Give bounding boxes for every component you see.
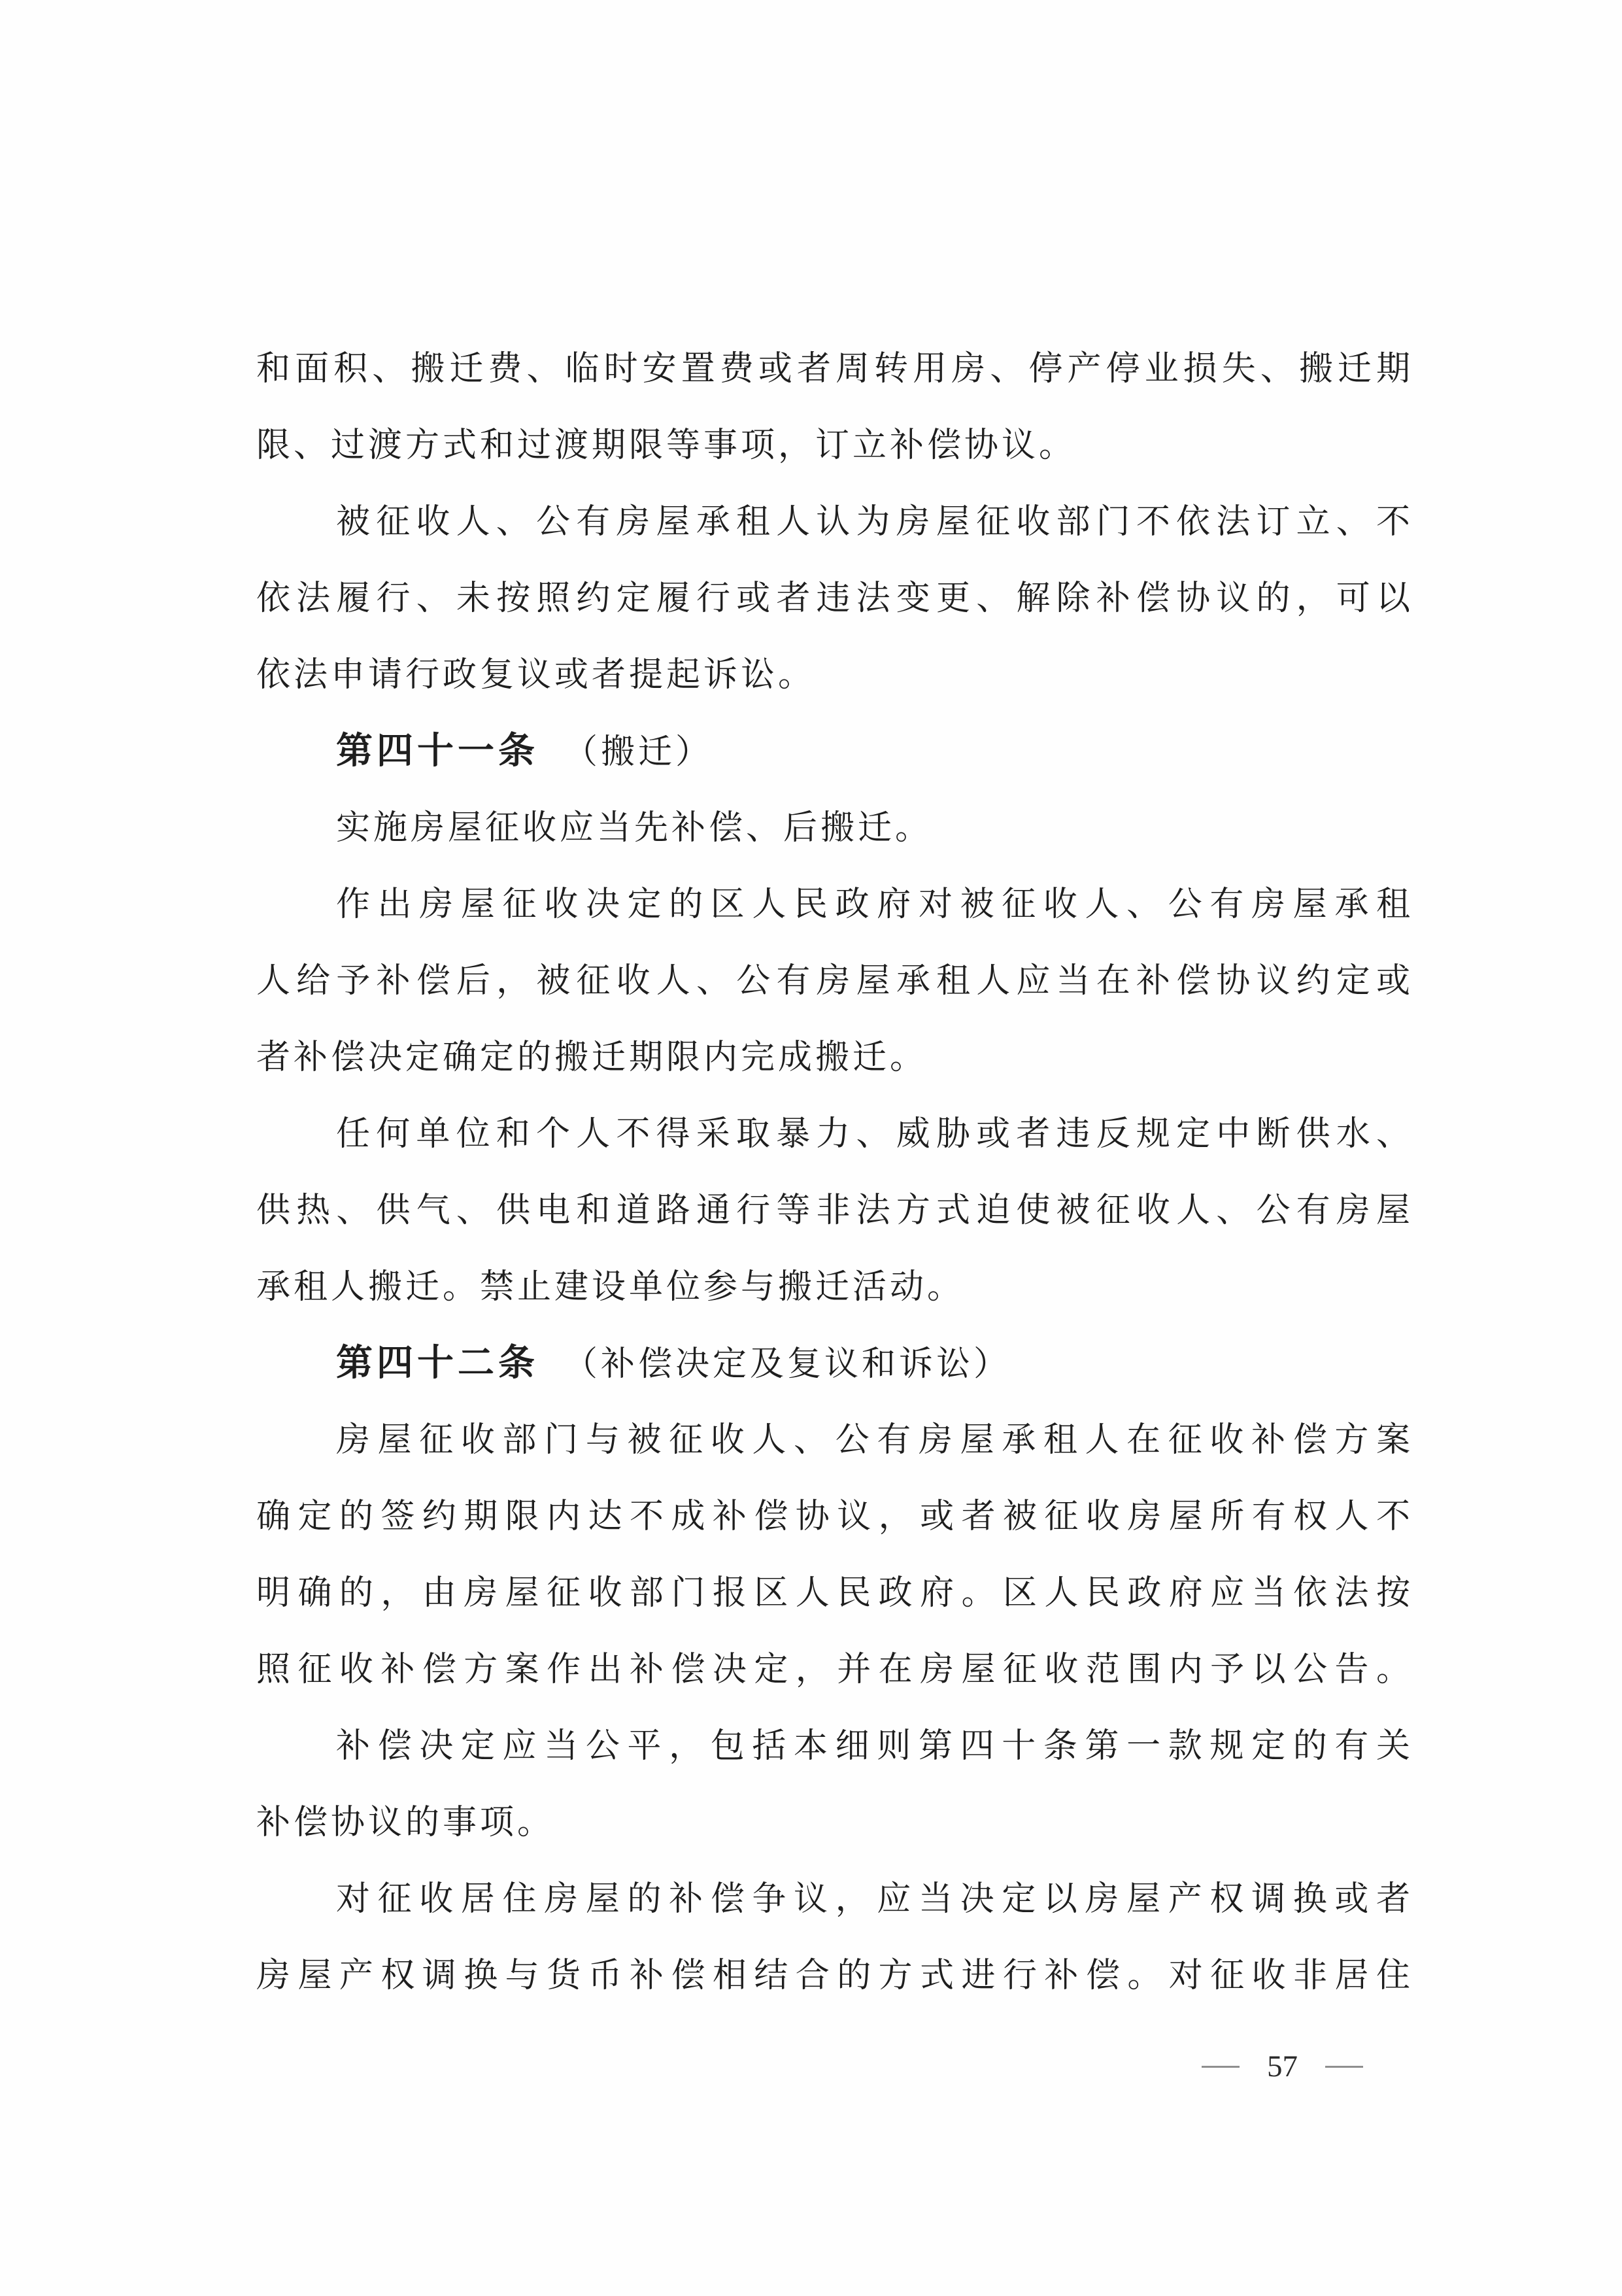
text-line: 者补偿决定确定的搬迁期限内完成搬迁。 (256, 1019, 1413, 1096)
article-title-note: （补偿决定及复议和诉讼） (564, 1346, 1011, 1383)
document-page: 和面积、搬迁费、临时安置费或者周转用房、停产停业损失、搬迁期限、过渡方式和过渡期… (0, 0, 1622, 2296)
text-line: 补偿协议的事项。 (256, 1785, 1413, 1861)
text-line: 供热、供气、供电和道路通行等非法方式迫使被征收人、公有房屋 (256, 1173, 1413, 1249)
text-line: 作出房屋征收决定的区人民政府对被征收人、公有房屋承租 (256, 866, 1413, 943)
text-line: 确定的签约期限内达不成补偿协议，或者被征收房屋所有权人不 (256, 1479, 1413, 1555)
footer-dash-left (1202, 2066, 1240, 2068)
article-heading: 第四十二条（补偿决定及复议和诉讼） (256, 1326, 1413, 1402)
footer-dash-right (1325, 2066, 1363, 2068)
text-line: 承租人搬迁。禁止建设单位参与搬迁活动。 (256, 1249, 1413, 1326)
text-line: 和面积、搬迁费、临时安置费或者周转用房、停产停业损失、搬迁期 (256, 331, 1413, 407)
text-line: 依法申请行政复议或者提起诉讼。 (256, 637, 1413, 713)
text-line: 补偿决定应当公平，包括本细则第四十条第一款规定的有关 (256, 1708, 1413, 1785)
article-number: 第四十一条 (336, 731, 539, 772)
text-line: 对征收居住房屋的补偿争议，应当决定以房屋产权调换或者 (256, 1861, 1413, 1938)
page-footer: 57 (1202, 2046, 1363, 2087)
text-line: 房屋产权调换与货币补偿相结合的方式进行补偿。对征收非居住 (256, 1938, 1413, 2014)
text-line: 照征收补偿方案作出补偿决定，并在房屋征收范围内予以公告。 (256, 1632, 1413, 1708)
page-number: 57 (1267, 2049, 1298, 2084)
article-title-note: （搬迁） (564, 734, 713, 771)
text-line: 被征收人、公有房屋承租人认为房屋征收部门不依法订立、不 (256, 484, 1413, 560)
article-number: 第四十二条 (336, 1343, 539, 1384)
text-line: 任何单位和个人不得采取暴力、威胁或者违反规定中断供水、 (256, 1096, 1413, 1173)
text-line: 明确的，由房屋征收部门报区人民政府。区人民政府应当依法按 (256, 1555, 1413, 1632)
text-line: 人给予补偿后，被征收人、公有房屋承租人应当在补偿协议约定或 (256, 943, 1413, 1019)
text-line: 房屋征收部门与被征收人、公有房屋承租人在征收补偿方案 (256, 1402, 1413, 1479)
article-heading: 第四十一条（搬迁） (256, 713, 1413, 790)
text-line: 限、过渡方式和过渡期限等事项，订立补偿协议。 (256, 407, 1413, 484)
text-line: 依法履行、未按照约定履行或者违法变更、解除补偿协议的，可以 (256, 560, 1413, 637)
text-line: 实施房屋征收应当先补偿、后搬迁。 (256, 790, 1413, 866)
text-block: 和面积、搬迁费、临时安置费或者周转用房、停产停业损失、搬迁期限、过渡方式和过渡期… (256, 331, 1413, 2014)
